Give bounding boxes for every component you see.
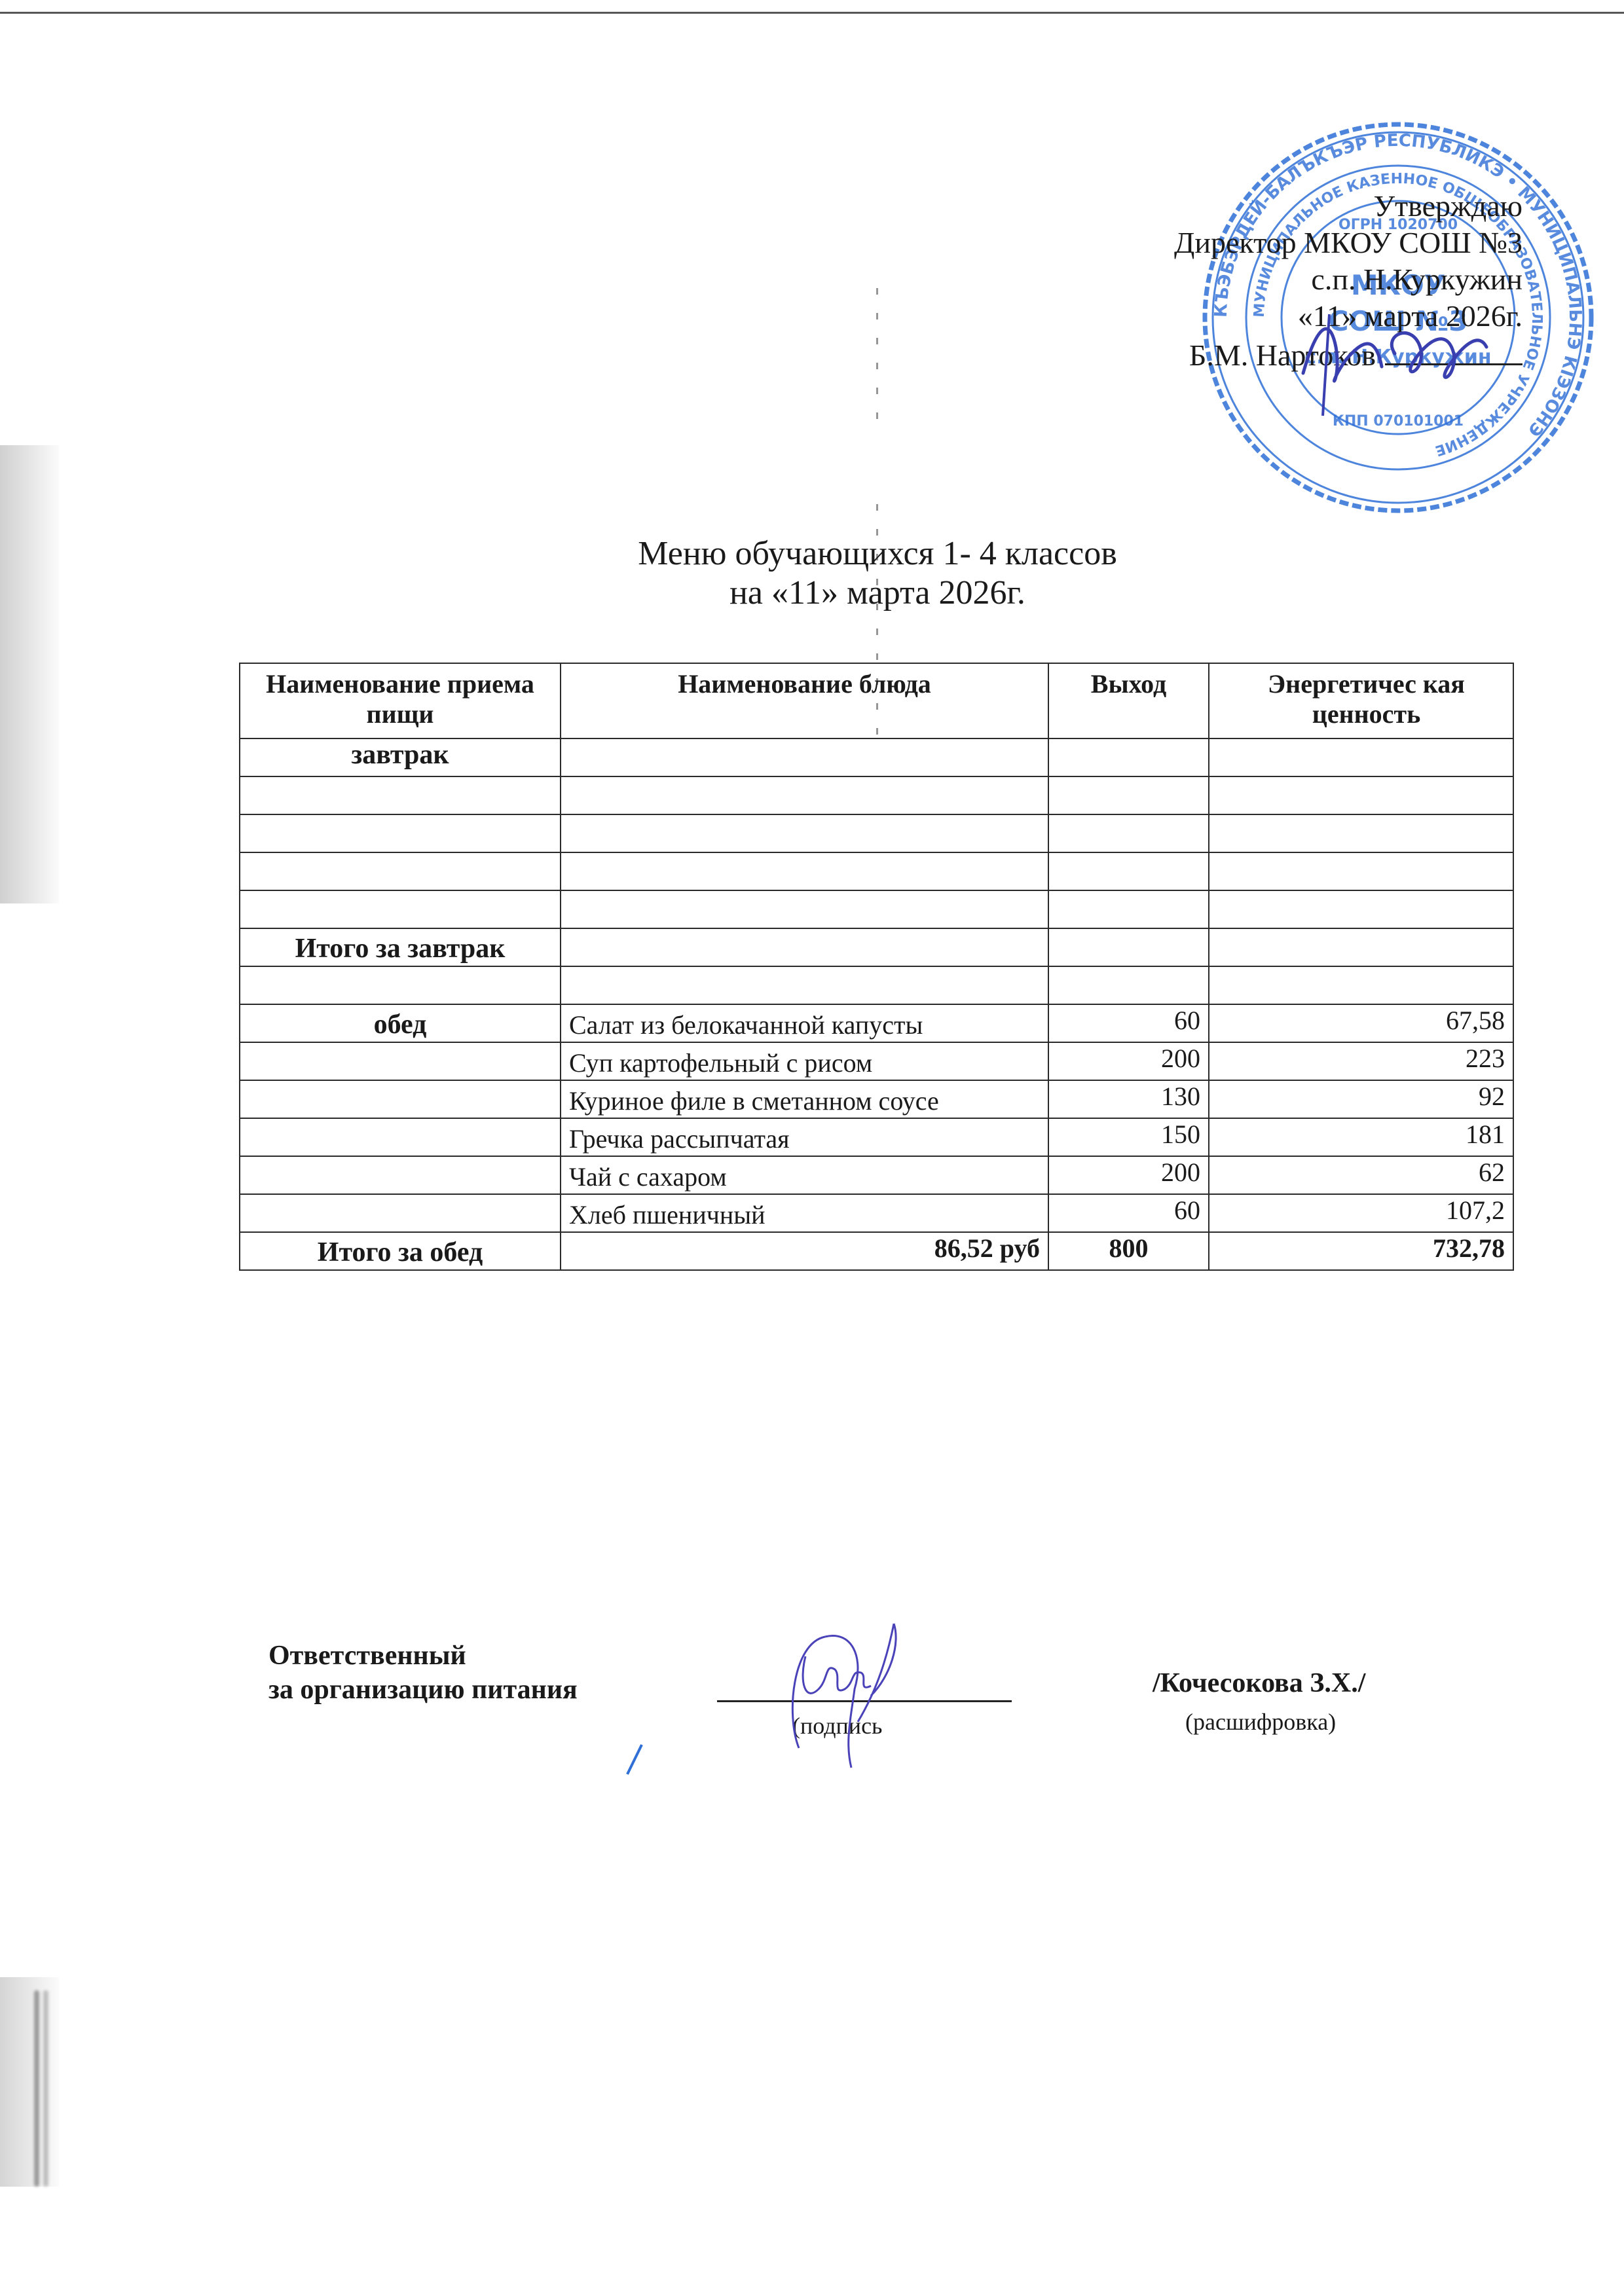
- energy-cell: [1209, 890, 1513, 928]
- scan-smudge: [0, 445, 59, 903]
- meal-cell: [240, 1080, 561, 1118]
- dish-cell: [561, 966, 1048, 1004]
- header-energy: Энергетичес кая ценность: [1209, 663, 1513, 738]
- yield-cell: 60: [1048, 1004, 1209, 1042]
- scan-smudge: [0, 1977, 59, 2187]
- yield-cell: [1048, 890, 1209, 928]
- dish-cell: Гречка рассыпчатая: [561, 1118, 1048, 1156]
- yield-cell: 150: [1048, 1118, 1209, 1156]
- dish-cell: Куриное филе в сметанном соусе: [561, 1080, 1048, 1118]
- meal-cell: Итого за завтрак: [240, 928, 561, 966]
- energy-cell: 67,58: [1209, 1004, 1513, 1042]
- approval-position: Директор МКОУ СОШ №3: [1174, 228, 1522, 258]
- meal-cell: [240, 852, 561, 890]
- energy-cell: [1209, 966, 1513, 1004]
- table-row: обедСалат из белокачанной капусты6067,58: [240, 1004, 1513, 1042]
- meal-cell: [240, 1118, 561, 1156]
- energy-cell: [1209, 776, 1513, 814]
- yield-cell: [1048, 814, 1209, 852]
- yield-cell: [1048, 776, 1209, 814]
- energy-cell: 223: [1209, 1042, 1513, 1080]
- energy-cell: [1209, 738, 1513, 776]
- menu-title: Меню обучающихся 1- 4 классов: [0, 537, 1624, 571]
- director-signature-icon: [1283, 288, 1506, 419]
- dish-cell: [561, 814, 1048, 852]
- meal-cell: [240, 890, 561, 928]
- energy-cell: 62: [1209, 1156, 1513, 1194]
- approval-heading: Утверждаю: [1373, 191, 1522, 221]
- meal-cell: обед: [240, 1004, 561, 1042]
- table-header-row: Наименование приема пищи Наименование бл…: [240, 663, 1513, 738]
- yield-cell: [1048, 966, 1209, 1004]
- header-dish: Наименование блюда: [561, 663, 1048, 738]
- table-row: Гречка рассыпчатая150181: [240, 1118, 1513, 1156]
- scan-streak: [34, 1990, 39, 2187]
- responsible-signature-icon: [779, 1617, 950, 1774]
- table-row: завтрак: [240, 738, 1513, 776]
- energy-cell: 181: [1209, 1118, 1513, 1156]
- energy-cell: [1209, 852, 1513, 890]
- dish-cell: [561, 852, 1048, 890]
- dish-cell: Суп картофельный с рисом: [561, 1042, 1048, 1080]
- yield-cell: 60: [1048, 1194, 1209, 1232]
- total-price: 86,52 руб: [561, 1232, 1048, 1270]
- dish-cell: Салат из белокачанной капусты: [561, 1004, 1048, 1042]
- total-label: Итого за обед: [240, 1232, 561, 1270]
- responsible-label: Ответственный: [268, 1642, 466, 1669]
- yield-cell: 130: [1048, 1080, 1209, 1118]
- meal-cell: [240, 1156, 561, 1194]
- yield-cell: [1048, 852, 1209, 890]
- header-meal: Наименование приема пищи: [240, 663, 561, 738]
- meal-cell: [240, 814, 561, 852]
- menu-table: Наименование приема пищи Наименование бл…: [239, 663, 1514, 1271]
- yield-cell: [1048, 738, 1209, 776]
- table-row: [240, 814, 1513, 852]
- meal-cell: завтрак: [240, 738, 561, 776]
- total-energy: 732,78: [1209, 1232, 1513, 1270]
- yield-cell: [1048, 928, 1209, 966]
- meal-cell: [240, 1042, 561, 1080]
- menu-date: на «11» марта 2026г.: [0, 576, 1624, 610]
- responsible-role: за организацию питания: [268, 1676, 578, 1704]
- total-yield: 800: [1048, 1232, 1209, 1270]
- fold-mark: [876, 288, 878, 432]
- ink-mark: [622, 1741, 648, 1781]
- name-caption: (расшифровка): [1185, 1710, 1336, 1734]
- scan-streak: [43, 1990, 48, 2187]
- table-row: [240, 966, 1513, 1004]
- total-row: Итого за обед 86,52 руб 800 732,78: [240, 1232, 1513, 1270]
- dish-cell: [561, 890, 1048, 928]
- table-row: Чай с сахаром20062: [240, 1156, 1513, 1194]
- table-row: [240, 852, 1513, 890]
- energy-cell: [1209, 814, 1513, 852]
- dish-cell: Чай с сахаром: [561, 1156, 1048, 1194]
- dish-cell: [561, 738, 1048, 776]
- energy-cell: [1209, 928, 1513, 966]
- responsible-name: /Кочесокова З.Х./: [1153, 1669, 1365, 1697]
- table-row: Итого за завтрак: [240, 928, 1513, 966]
- energy-cell: 92: [1209, 1080, 1513, 1118]
- table-row: [240, 890, 1513, 928]
- dish-cell: [561, 776, 1048, 814]
- header-yield: Выход: [1048, 663, 1209, 738]
- dish-cell: Хлеб пшеничный: [561, 1194, 1048, 1232]
- table-row: Хлеб пшеничный60107,2: [240, 1194, 1513, 1232]
- meal-cell: [240, 966, 561, 1004]
- table-row: Куриное филе в сметанном соусе13092: [240, 1080, 1513, 1118]
- energy-cell: 107,2: [1209, 1194, 1513, 1232]
- yield-cell: 200: [1048, 1042, 1209, 1080]
- yield-cell: 200: [1048, 1156, 1209, 1194]
- meal-cell: [240, 776, 561, 814]
- table-row: [240, 776, 1513, 814]
- dish-cell: [561, 928, 1048, 966]
- table-row: Суп картофельный с рисом200223: [240, 1042, 1513, 1080]
- meal-cell: [240, 1194, 561, 1232]
- scan-edge-line: [0, 12, 1624, 14]
